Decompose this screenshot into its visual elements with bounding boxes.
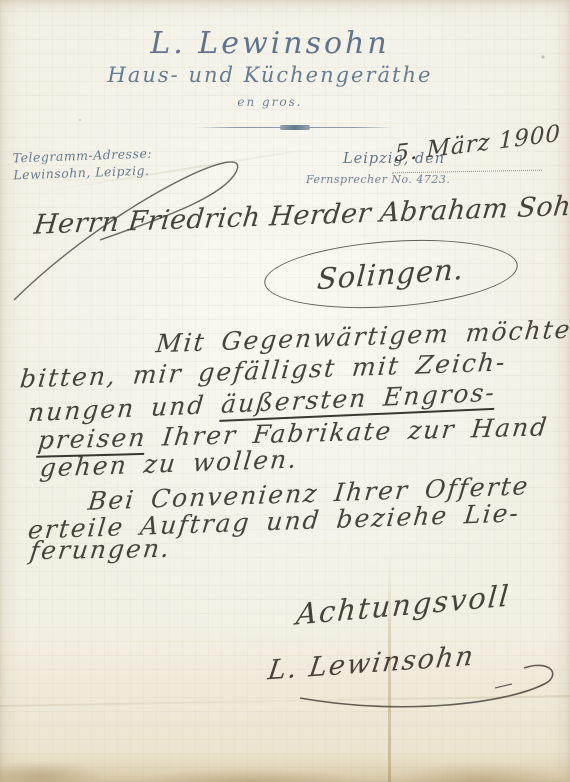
business-line: Haus- und Küchengeräthe: [0, 63, 540, 87]
handwritten-date: 5. März 1900: [394, 121, 561, 168]
body-line-8: ferungen.: [28, 534, 173, 566]
addressee-city: Solingen.: [316, 252, 465, 297]
trade-scale: en gros.: [0, 95, 540, 109]
telephone-line: Fernsprecher No. 4723.: [306, 173, 450, 186]
paper-crease-horizontal: [0, 695, 570, 707]
telegram-address: Lewinsohn, Leipzig.: [13, 162, 153, 184]
letterhead-divider: [195, 124, 395, 130]
closing-phrase: Achtungsvoll: [295, 578, 512, 631]
company-name: L. Lewinsohn: [0, 26, 540, 61]
telegram-address-block: Telegramm-Adresse: Lewinsohn, Leipzig.: [12, 145, 152, 184]
body-text: ferungen.: [28, 534, 173, 566]
city-oval: Solingen.: [262, 232, 520, 316]
addressee-line: Herrn Friedrich Herder Abraham Sohn: [33, 190, 570, 241]
signature: L. Lewinsohn: [266, 641, 477, 687]
letter-page: L. Lewinsohn Haus- und Küchengeräthe en …: [0, 0, 570, 782]
divider-ornament-icon: [280, 125, 310, 130]
